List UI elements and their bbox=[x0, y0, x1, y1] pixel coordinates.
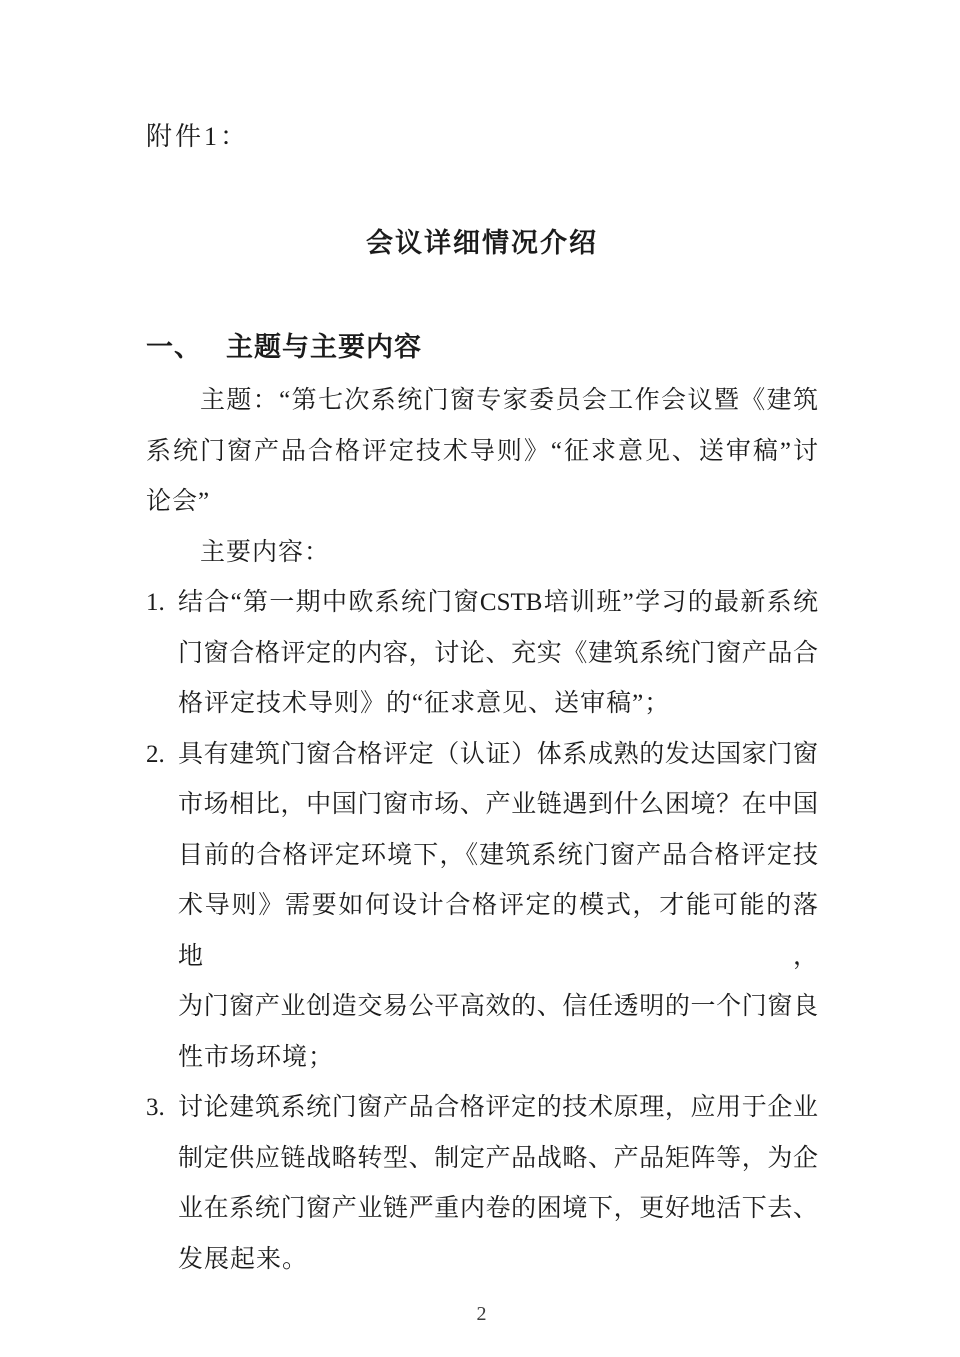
list-item-line: 业在系统门窗产业链严重内卷的困境下，更好地活下去、 bbox=[178, 1184, 818, 1235]
paragraph-line: 系统门窗产品合格评定技术导则》“征求意见、送审稿”讨 bbox=[146, 427, 818, 478]
list-item-number: 1. bbox=[146, 578, 165, 629]
list-item-line: 性市场环境； bbox=[178, 1033, 818, 1084]
list-item: 1. 结合“第一期中欧系统门窗CSTB培训班”学习的最新系统 门窗合格评定的内容… bbox=[146, 578, 818, 730]
list-item: 2. 具有建筑门窗合格评定（认证）体系成熟的发达国家门窗 市场相比，中国门窗市场… bbox=[146, 730, 818, 1084]
list-item-number: 3. bbox=[146, 1083, 165, 1134]
list-item-line: 目前的合格评定环境下，《建筑系统门窗产品合格评定技 bbox=[178, 831, 818, 882]
list-item-line: 市场相比，中国门窗市场、产业链遇到什么困境？在中国 bbox=[178, 780, 818, 831]
list-item-line: 格评定技术导则》的“征求意见、送审稿”； bbox=[178, 679, 818, 730]
list-item-line: 讨论建筑系统门窗产品合格评定的技术原理，应用于企业 bbox=[178, 1083, 818, 1134]
page-content: 附件1： 会议详细情况介绍 一、主题与主要内容 主题：“第七次系统门窗专家委员会… bbox=[0, 112, 960, 1329]
list-item-number: 2. bbox=[146, 730, 165, 781]
list-item-line: 为门窗产业创造交易公平高效的、信任透明的一个门窗良 bbox=[178, 982, 818, 1033]
theme-paragraph: 主题：“第七次系统门窗专家委员会工作会议暨《建筑 系统门窗产品合格评定技术导则》… bbox=[146, 376, 818, 528]
main-content-list: 1. 结合“第一期中欧系统门窗CSTB培训班”学习的最新系统 门窗合格评定的内容… bbox=[146, 578, 818, 1285]
list-item-line: 制定供应链战略转型、制定产品战略、产品矩阵等，为企 bbox=[178, 1134, 818, 1185]
paragraph-line: 论会” bbox=[146, 477, 818, 528]
section-heading-text: 主题与主要内容 bbox=[226, 332, 422, 362]
section-numeral: 一、 bbox=[146, 332, 202, 362]
list-item: 3. 讨论建筑系统门窗产品合格评定的技术原理，应用于企业 制定供应链战略转型、制… bbox=[146, 1083, 818, 1285]
list-item-line: 术导则》需要如何设计合格评定的模式，才能可能的落地， bbox=[178, 881, 818, 982]
content-label-paragraph: 主要内容： bbox=[146, 528, 818, 579]
paragraph-line: 主题：“第七次系统门窗专家委员会工作会议暨《建筑 bbox=[146, 376, 818, 427]
content-label: 主要内容： bbox=[146, 528, 818, 579]
section-heading: 一、主题与主要内容 bbox=[146, 322, 818, 372]
list-item-line: 发展起来。 bbox=[178, 1235, 818, 1286]
attachment-label: 附件1： bbox=[146, 112, 818, 162]
list-item-line: 具有建筑门窗合格评定（认证）体系成熟的发达国家门窗 bbox=[178, 730, 818, 781]
document-page: 附件1： 会议详细情况介绍 一、主题与主要内容 主题：“第七次系统门窗专家委员会… bbox=[0, 0, 960, 1357]
list-item-line: 结合“第一期中欧系统门窗CSTB培训班”学习的最新系统 bbox=[178, 578, 818, 629]
page-number: 2 bbox=[146, 1299, 818, 1329]
list-item-line: 门窗合格评定的内容，讨论、充实《建筑系统门窗产品合 bbox=[178, 629, 818, 680]
document-title: 会议详细情况介绍 bbox=[146, 218, 818, 268]
